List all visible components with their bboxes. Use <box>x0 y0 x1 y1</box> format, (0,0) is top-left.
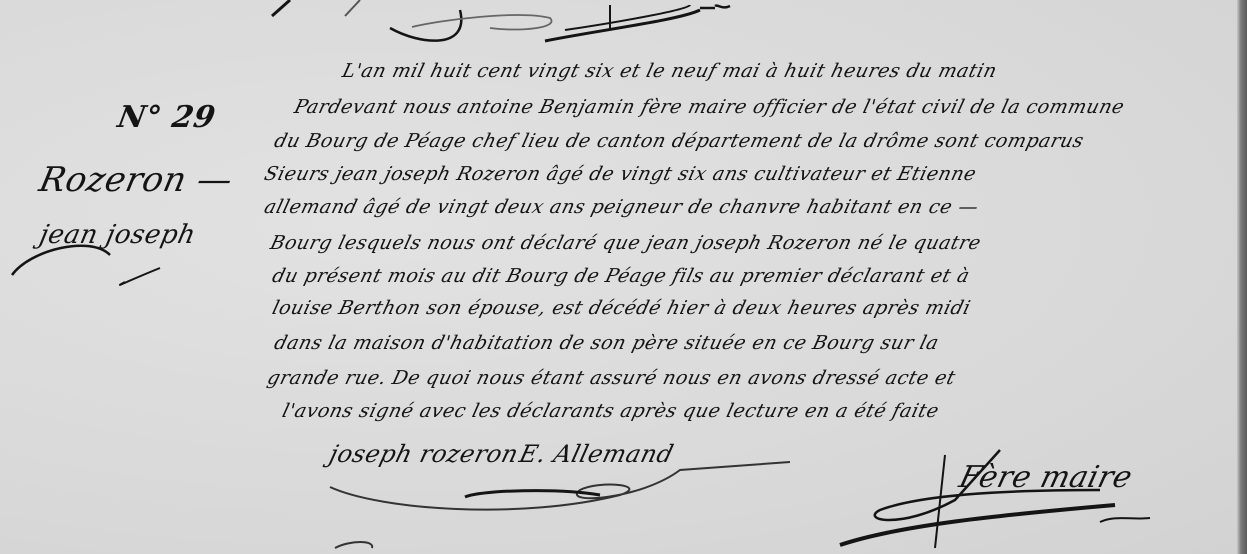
body-line-6: Bourg lesquels nous ont déclaré que jean… <box>268 232 983 254</box>
body-line-10: grande rue. De quoi nous étant assuré no… <box>265 367 958 389</box>
binding-edge <box>1237 0 1247 554</box>
body-line-2: Pardevant nous antoine Benjamin fère mai… <box>292 96 1127 118</box>
body-line-11: l'avons signé avec les déclarants après … <box>280 400 941 422</box>
body-line-1: L'an mil huit cent vingt six et le neuf … <box>340 60 999 82</box>
signature-mayor: Fère maire <box>956 460 1136 495</box>
signature-declarant-2: E. Allemand <box>517 440 677 468</box>
margin-first-name: jean joseph <box>37 220 199 250</box>
body-line-9: dans la maison d'habitation de son père … <box>272 332 941 354</box>
body-line-3: du Bourg de Péage chef lieu de canton dé… <box>272 130 1086 152</box>
signature-declarant-1: joseph rozeron <box>327 440 522 468</box>
body-line-7: du présent mois au dit Bourg de Péage fi… <box>270 265 972 287</box>
body-line-8: louise Berthon son épouse, est décédé hi… <box>270 297 973 319</box>
record-number: N° 29 <box>115 100 218 135</box>
body-line-4: Sieurs jean joseph Rozeron âgé de vingt … <box>262 163 979 185</box>
margin-surname: Rozeron — <box>36 160 237 200</box>
body-line-5: allemand âgé de vingt deux ans peigneur … <box>262 196 981 218</box>
scanned-register-page: N° 29 Rozeron — jean joseph L'an mil hui… <box>0 0 1247 554</box>
